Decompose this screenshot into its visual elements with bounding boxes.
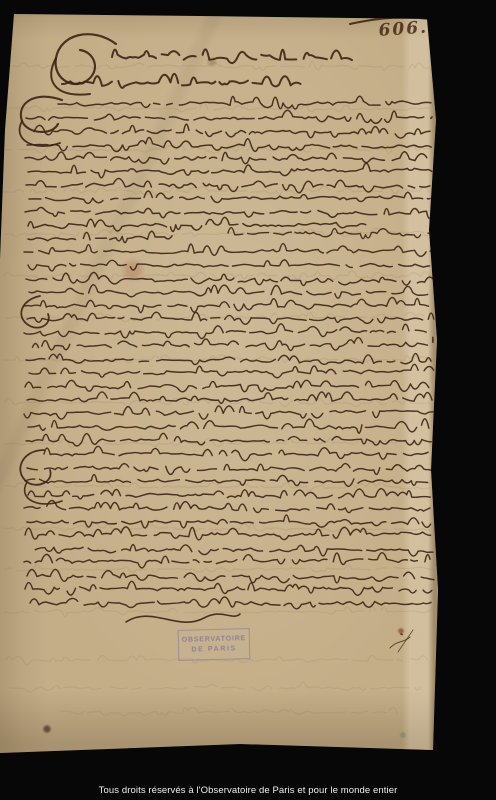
copyright-caption: Tous droits réservés à l'Observatoire de…: [0, 784, 496, 798]
stamp-line2: DE PARIS: [191, 644, 237, 655]
observatoire-stamp: OBSERVATOIRE DE PARIS: [178, 628, 251, 661]
handwriting-ink-layer: [0, 0, 496, 800]
manuscript-scan: 606. OBSERVATOIRE DE PARIS Tous droits r…: [0, 0, 496, 800]
paper-sheet: 606. OBSERVATOIRE DE PARIS: [0, 0, 496, 800]
